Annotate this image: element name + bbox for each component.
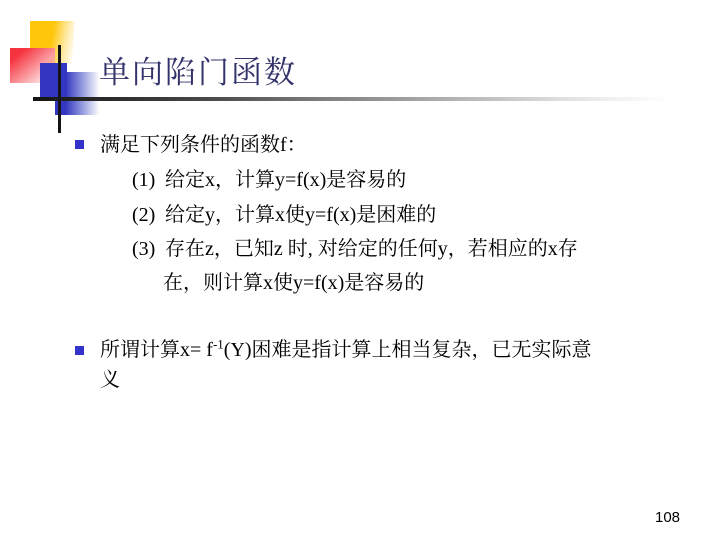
bullet-square-icon [75,346,84,355]
condition-text: 给定x，计算y=f(x)是容易的 [165,169,406,191]
logo-blue-square [40,63,67,97]
condition-line-2: (2)给定y，计算x使y=f(x)是困难的 [132,203,436,227]
bullet-square-icon [75,140,84,149]
presentation-slide: 单向陷门函数 满足下列条件的函数f： (1)给定x，计算y=f(x)是容易的 (… [0,0,720,540]
condition-text: 给定y，计算x使y=f(x)是困难的 [165,204,436,226]
condition-number: (3) [132,237,156,261]
bullet2-suffix: (Y)困难是指计算上相当复杂，已无实际意 [224,339,592,361]
condition-line-1: (1)给定x，计算y=f(x)是容易的 [132,168,406,192]
slide-title: 单向陷门函数 [99,56,297,90]
bullet1-text: 满足下列条件的函数f： [100,133,307,157]
bullet2-superscript: -1 [213,336,224,351]
condition-number: (1) [132,168,156,192]
condition-3-continuation: 在，则计算x使y=f(x)是容易的 [163,271,424,295]
condition-line-3: (3)存在z，已知z 时, 对给定的任何y，若相应的x存 [132,237,578,261]
bullet2-text: 所谓计算x= f-1(Y)困难是指计算上相当复杂，已无实际意 义 [100,335,592,395]
condition-text: 存在z，已知z 时, 对给定的任何y，若相应的x存 [165,238,578,260]
title-divider-line [33,97,670,101]
bullet2-line2: 义 [100,369,120,391]
logo-cross-vertical-line [58,45,61,133]
bullet2-prefix: 所谓计算x= f [100,339,213,361]
condition-number: (2) [132,203,156,227]
page-number: 108 [655,509,680,526]
